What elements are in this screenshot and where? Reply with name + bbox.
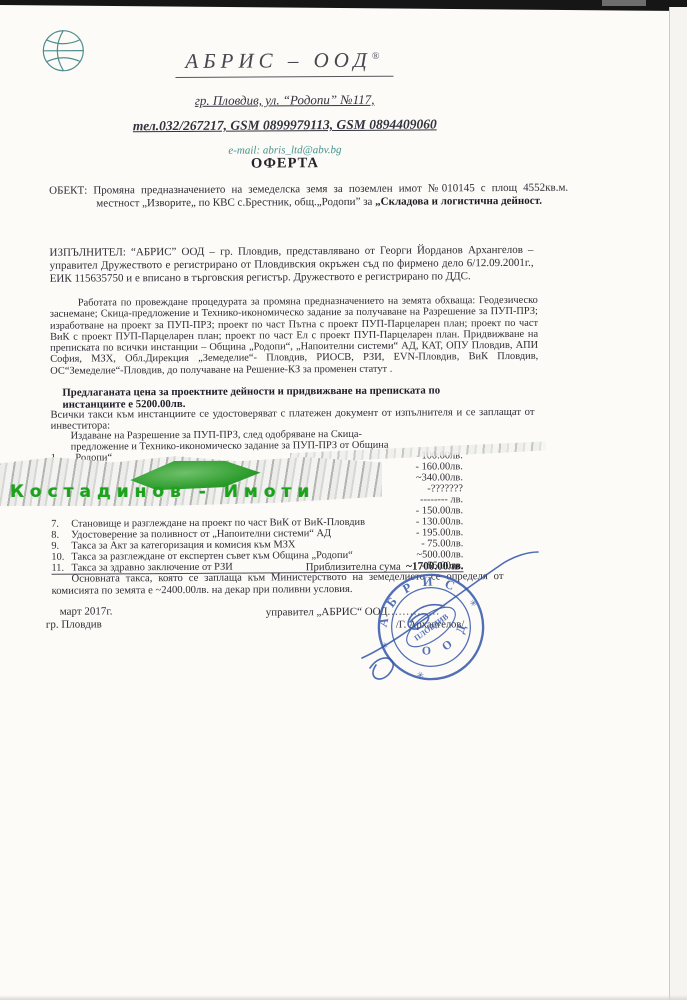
object-label: ОБЕКТ: xyxy=(49,185,87,197)
document-content: АБРИС – ООД® гр. Пловдив, ул. “Родопи” №… xyxy=(0,0,687,1000)
fee-number: 8. xyxy=(51,530,71,541)
scope-paragraph: Работата по провеждане процедурата за пр… xyxy=(50,295,538,377)
fee-number: 10. xyxy=(51,552,71,563)
object-paragraph: ОБЕКТ: Промяна предназначението на земед… xyxy=(49,182,568,212)
fee-row: 1.Издаване на Разрешение за ПУП-ПРЗ, сле… xyxy=(51,428,463,464)
fee-price: - 130.00лв. xyxy=(403,516,463,527)
company-name-text: АБРИС – ООД xyxy=(185,48,372,73)
company-name: АБРИС – ООД® xyxy=(44,47,524,79)
handwritten-signature xyxy=(352,546,564,688)
fee-price: - 160.00лв. xyxy=(403,461,463,472)
object-text-bold: „Складова и логистична дейност. xyxy=(375,195,542,208)
fee-number: 2. xyxy=(51,464,71,475)
fee-number: 7. xyxy=(51,519,71,530)
executor-paragraph: ИЗПЪЛНИТЕЛ: “АБРИС” ООД – гр. Пловдив, п… xyxy=(50,244,534,286)
scanned-page: АБРИС – ООД® гр. Пловдив, ул. “Родопи” №… xyxy=(0,0,687,1000)
fee-number: 1. xyxy=(51,453,71,464)
document-title: ОФЕРТА xyxy=(45,154,525,174)
fee-description: Издаване на Разрешение за ПУП-ПРЗ, след … xyxy=(71,429,403,464)
fee-price: - 100.00лв. xyxy=(403,450,463,461)
footer-city: гр. Пловдив xyxy=(46,618,102,630)
fee-price: -------- лв. xyxy=(403,494,463,505)
registered-trademark: ® xyxy=(372,51,380,62)
company-address: гр. Пловдив, ул. “Родопи” №117, xyxy=(45,91,525,110)
fee-description: Такса за становище и комисия от КАТ-Плов… xyxy=(71,462,403,475)
footer-date: март 2017г. xyxy=(60,605,113,617)
fee-price: - 150.00лв. xyxy=(403,505,463,516)
fee-number: 9. xyxy=(51,541,71,552)
fee-price: - 195.00лв. xyxy=(403,527,463,538)
fee-price: -??????? xyxy=(403,483,463,494)
fee-price: ~340.00лв. xyxy=(403,472,463,483)
company-phones: тел.032/267217, GSM 0899979113, GSM 0894… xyxy=(45,116,525,135)
